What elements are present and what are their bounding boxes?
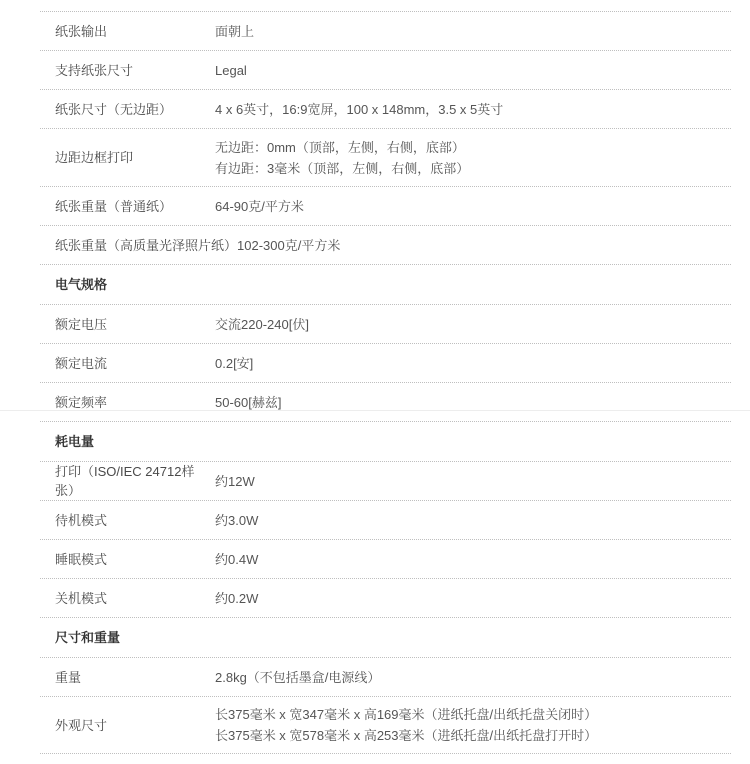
row-value: 0.2[安] xyxy=(215,353,731,374)
table-row: 打印（ISO/IEC 24712样张） 约12W xyxy=(40,462,731,501)
table-row: 支持纸张尺寸 Legal xyxy=(40,51,731,90)
section-header-row: 电气规格 xyxy=(40,265,731,305)
table-row: 纸张重量（普通纸） 64-90克/平方米 xyxy=(40,187,731,226)
table-row: 待机模式 约3.0W xyxy=(40,501,731,540)
section-header: 电气规格 xyxy=(55,275,731,294)
value-line: 102-300克/平方米 xyxy=(237,235,340,256)
table-row: 纸张输出 面朝上 xyxy=(40,12,731,51)
row-value: 约0.4W xyxy=(215,549,731,570)
row-label: 纸张输出 xyxy=(55,22,215,41)
table-row: 外观尺寸 长375毫米 x 宽347毫米 x 高169毫米（进纸托盘/出纸托盘关… xyxy=(40,697,731,754)
row-value: Legal xyxy=(215,60,731,81)
row-label: 打印（ISO/IEC 24712样张） xyxy=(55,462,215,500)
row-value: 约0.2W xyxy=(215,588,731,609)
table-row: 额定电压 交流220-240[伏] xyxy=(40,305,731,344)
section-header: 尺寸和重量 xyxy=(55,628,731,647)
row-label: 待机模式 xyxy=(55,511,215,530)
row-value: 64-90克/平方米 xyxy=(215,196,731,217)
spec-page: { "colors": { "background": "#ffffff", "… xyxy=(0,0,750,764)
value-line: 长375毫米 x 宽578毫米 x 高253毫米（进纸托盘/出纸托盘打开时） xyxy=(215,725,721,746)
row-value: 长375毫米 x 宽347毫米 x 高169毫米（进纸托盘/出纸托盘关闭时） 长… xyxy=(215,704,731,746)
value-line: 有边距：3毫米（顶部，左侧，右侧，底部） xyxy=(215,158,721,179)
value-line: 4 x 6英寸，16:9宽屏，100 x 148mm，3.5 x 5英寸 xyxy=(215,99,721,120)
value-line: 约12W xyxy=(215,471,721,492)
row-label: 外观尺寸 xyxy=(55,716,215,735)
row-label: 重量 xyxy=(55,668,215,687)
row-label: 边距边框打印 xyxy=(55,148,215,167)
row-label: 额定频率 xyxy=(55,393,215,412)
row-label: 额定电流 xyxy=(55,354,215,373)
row-value: 无边距：0mm（顶部，左侧，右侧，底部） 有边距：3毫米（顶部，左侧，右侧，底部… xyxy=(215,137,731,179)
value-line: 约0.2W xyxy=(215,588,721,609)
value-line: 2.8kg（不包括墨盒/电源线） xyxy=(215,667,721,688)
row-value: 约3.0W xyxy=(215,510,731,531)
section-header-row: 尺寸和重量 xyxy=(40,618,731,658)
spec-table: 纸张输出 面朝上 支持纸张尺寸 Legal 纸张尺寸（无边距） 4 x 6英寸，… xyxy=(40,11,731,754)
table-row: 边距边框打印 无边距：0mm（顶部，左侧，右侧，底部） 有边距：3毫米（顶部，左… xyxy=(40,129,731,187)
row-value: 交流220-240[伏] xyxy=(215,314,731,335)
section-header-row: 耗电量 xyxy=(40,422,731,462)
page-divider xyxy=(0,410,750,411)
value-line: 约3.0W xyxy=(215,510,721,531)
table-row: 额定频率 50-60[赫兹] xyxy=(40,383,731,422)
table-row: 纸张重量（高质量光泽照片纸） 102-300克/平方米 xyxy=(40,226,731,265)
value-line: 面朝上 xyxy=(215,21,721,42)
table-row: 纸张尺寸（无边距） 4 x 6英寸，16:9宽屏，100 x 148mm，3.5… xyxy=(40,90,731,129)
row-label: 纸张重量（高质量光泽照片纸） xyxy=(55,236,237,255)
value-line: 0.2[安] xyxy=(215,353,721,374)
row-label: 睡眠模式 xyxy=(55,550,215,569)
value-line: 长375毫米 x 宽347毫米 x 高169毫米（进纸托盘/出纸托盘关闭时） xyxy=(215,704,721,725)
value-line: 无边距：0mm（顶部，左侧，右侧，底部） xyxy=(215,137,721,158)
row-label: 支持纸张尺寸 xyxy=(55,61,215,80)
table-row: 关机模式 约0.2W xyxy=(40,579,731,618)
table-row: 重量 2.8kg（不包括墨盒/电源线） xyxy=(40,658,731,697)
row-value: 2.8kg（不包括墨盒/电源线） xyxy=(215,667,731,688)
row-label: 额定电压 xyxy=(55,315,215,334)
table-row: 额定电流 0.2[安] xyxy=(40,344,731,383)
section-header: 耗电量 xyxy=(55,432,731,451)
value-line: Legal xyxy=(215,60,721,81)
row-label: 关机模式 xyxy=(55,589,215,608)
row-label: 纸张重量（普通纸） xyxy=(55,197,215,216)
table-row: 睡眠模式 约0.4W xyxy=(40,540,731,579)
row-value: 面朝上 xyxy=(215,21,731,42)
row-value: 约12W xyxy=(215,471,731,492)
row-value: 4 x 6英寸，16:9宽屏，100 x 148mm，3.5 x 5英寸 xyxy=(215,99,731,120)
value-line: 64-90克/平方米 xyxy=(215,196,721,217)
row-label: 纸张尺寸（无边距） xyxy=(55,100,215,119)
row-value: 102-300克/平方米 xyxy=(237,235,350,256)
value-line: 约0.4W xyxy=(215,549,721,570)
value-line: 交流220-240[伏] xyxy=(215,314,721,335)
